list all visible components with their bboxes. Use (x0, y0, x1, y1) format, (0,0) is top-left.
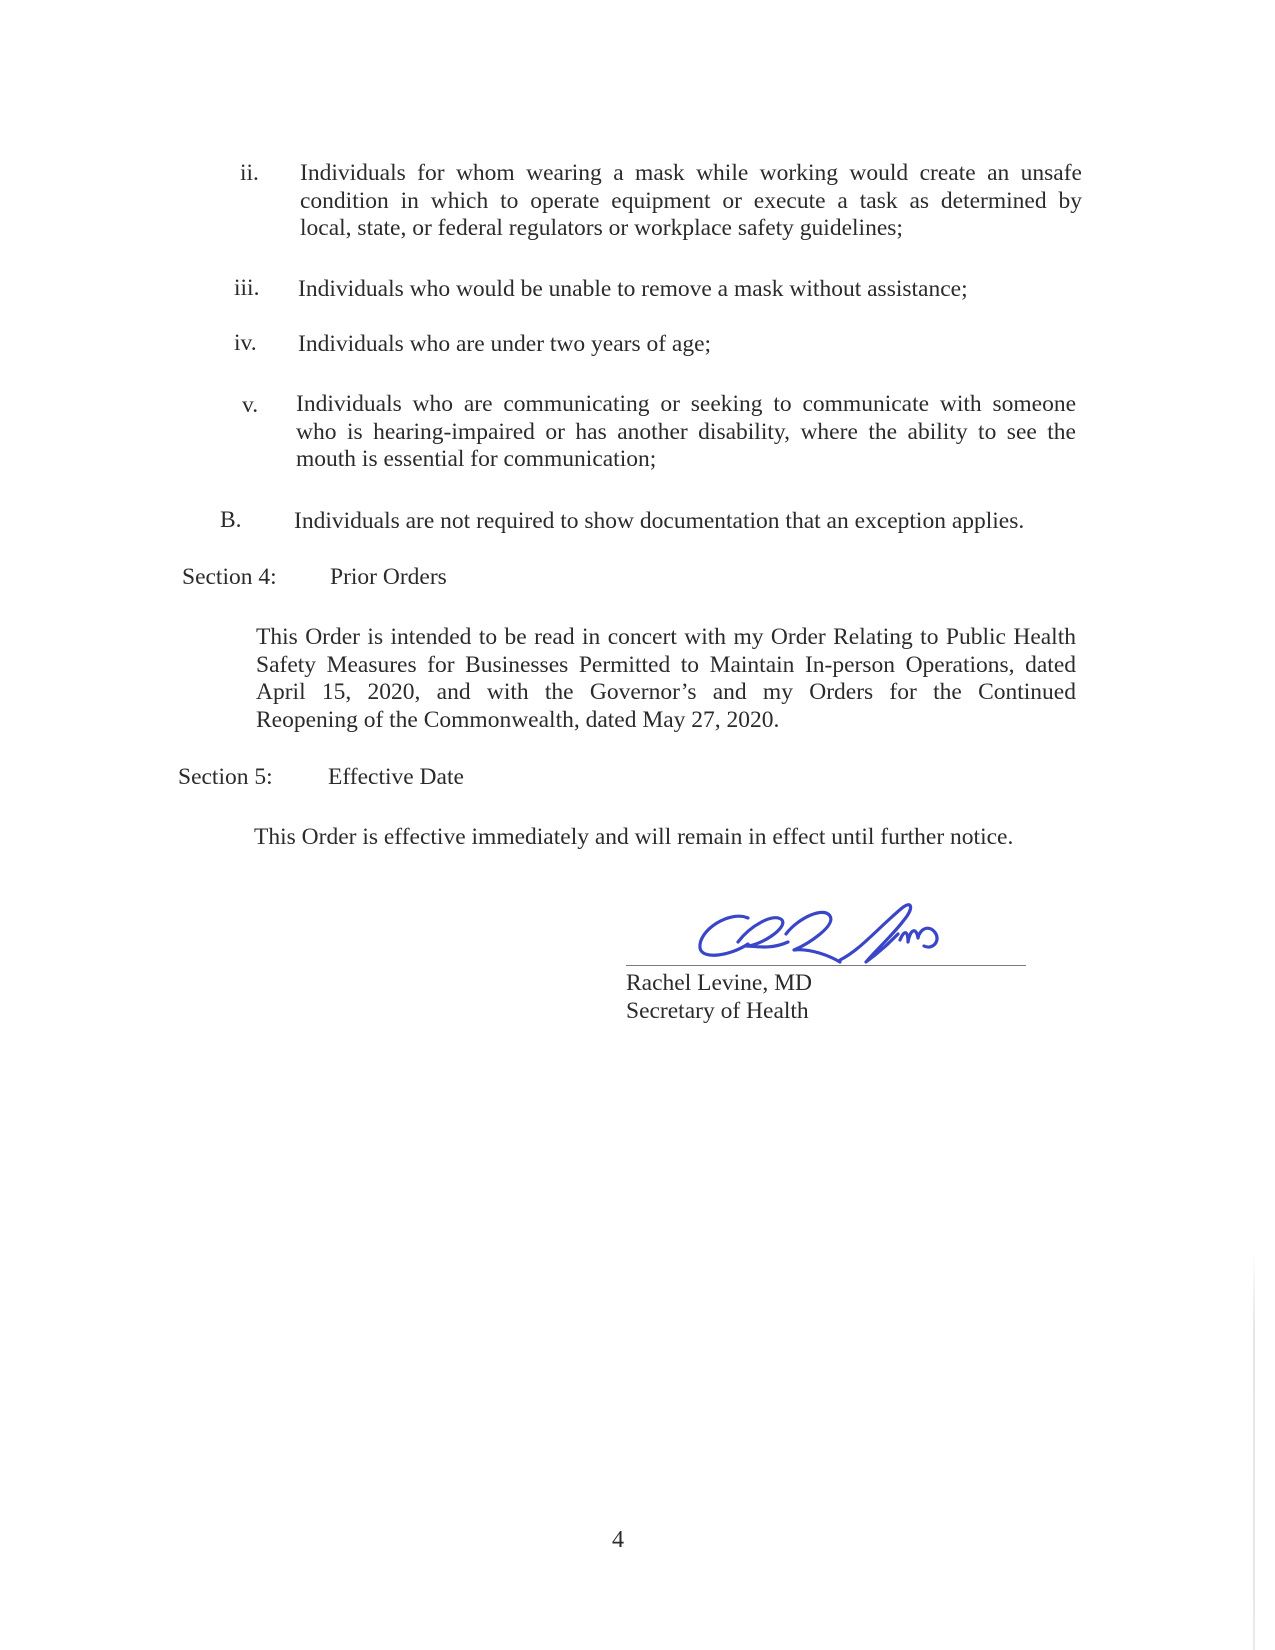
text-line: Individuals for whom wearing a mask whil… (300, 160, 1082, 188)
text-line: Reopening of the Commonwealth, dated May… (256, 707, 1076, 735)
exception-iii-text: Individuals who would be unable to remov… (298, 276, 968, 303)
signature-line (626, 965, 1026, 966)
exception-marker-iv: iv. (234, 330, 257, 357)
text-line: local, state, or federal regulators or w… (300, 215, 1082, 243)
page-edge-shadow (1253, 1250, 1255, 1650)
section-5-title: Effective Date (328, 764, 464, 791)
text-line: Individuals who are communicating or see… (296, 391, 1076, 419)
text-line: condition in which to operate equipment … (300, 188, 1082, 216)
signatory-name: Rachel Levine, MD (626, 970, 812, 997)
exception-marker-iii: iii. (234, 275, 259, 302)
text-line: who is hearing-impaired or has another d… (296, 419, 1076, 447)
exception-marker-v: v. (242, 392, 258, 419)
exception-v-text: Individuals who are communicating or see… (296, 391, 1076, 474)
text-line: mouth is essential for communication; (296, 446, 1076, 474)
text-line: Safety Measures for Businesses Permitted… (256, 652, 1076, 680)
section-4-body: This Order is intended to be read in con… (256, 624, 1076, 734)
exception-iv-text: Individuals who are under two years of a… (298, 331, 711, 358)
item-b-marker: B. (220, 507, 242, 534)
section-4-label: Section 4: (182, 564, 277, 591)
text-line: This Order is intended to be read in con… (256, 624, 1076, 652)
exception-ii-text: Individuals for whom wearing a mask whil… (300, 160, 1082, 243)
exception-marker-ii: ii. (240, 160, 259, 187)
section-5-label: Section 5: (178, 764, 273, 791)
section-4-title: Prior Orders (330, 564, 447, 591)
signature-image (690, 890, 970, 970)
item-b-text: Individuals are not required to show doc… (294, 508, 1024, 535)
page-number: 4 (612, 1527, 624, 1554)
section-5-body: This Order is effective immediately and … (254, 824, 1013, 851)
text-line: April 15, 2020, and with the Governor’s … (256, 679, 1076, 707)
signatory-title: Secretary of Health (626, 998, 809, 1025)
